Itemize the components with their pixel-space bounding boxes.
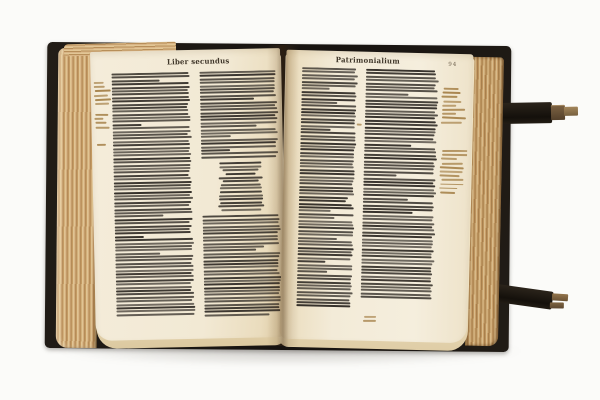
marginalia-block <box>441 88 468 126</box>
marginalia-block <box>94 114 110 131</box>
marginalia-mark <box>97 144 107 148</box>
marginalia-block <box>94 82 112 107</box>
clasp-fitting-icon <box>550 302 564 308</box>
text-column <box>199 70 282 324</box>
folio-number: 94 <box>448 62 457 68</box>
running-header-left: Liber secundus <box>90 55 280 68</box>
marginalia-block <box>439 150 467 197</box>
text-column <box>360 69 439 313</box>
running-header-right: Patrimonialium <box>286 54 473 68</box>
left-page: Liber secundus <box>90 48 286 341</box>
marginalia-mark <box>356 123 365 127</box>
book-photograph: Liber secundus Patrimonialium 94 <box>0 0 600 400</box>
right-page: Patrimonialium 94 <box>279 50 473 343</box>
clasp-strap-upper <box>500 102 552 124</box>
text-column <box>296 67 358 316</box>
index-list <box>201 161 280 213</box>
clasp-hook-icon <box>564 107 578 116</box>
text-column <box>111 72 195 326</box>
marginalia-mark <box>362 316 382 325</box>
clasp-fitting-icon <box>552 293 568 301</box>
